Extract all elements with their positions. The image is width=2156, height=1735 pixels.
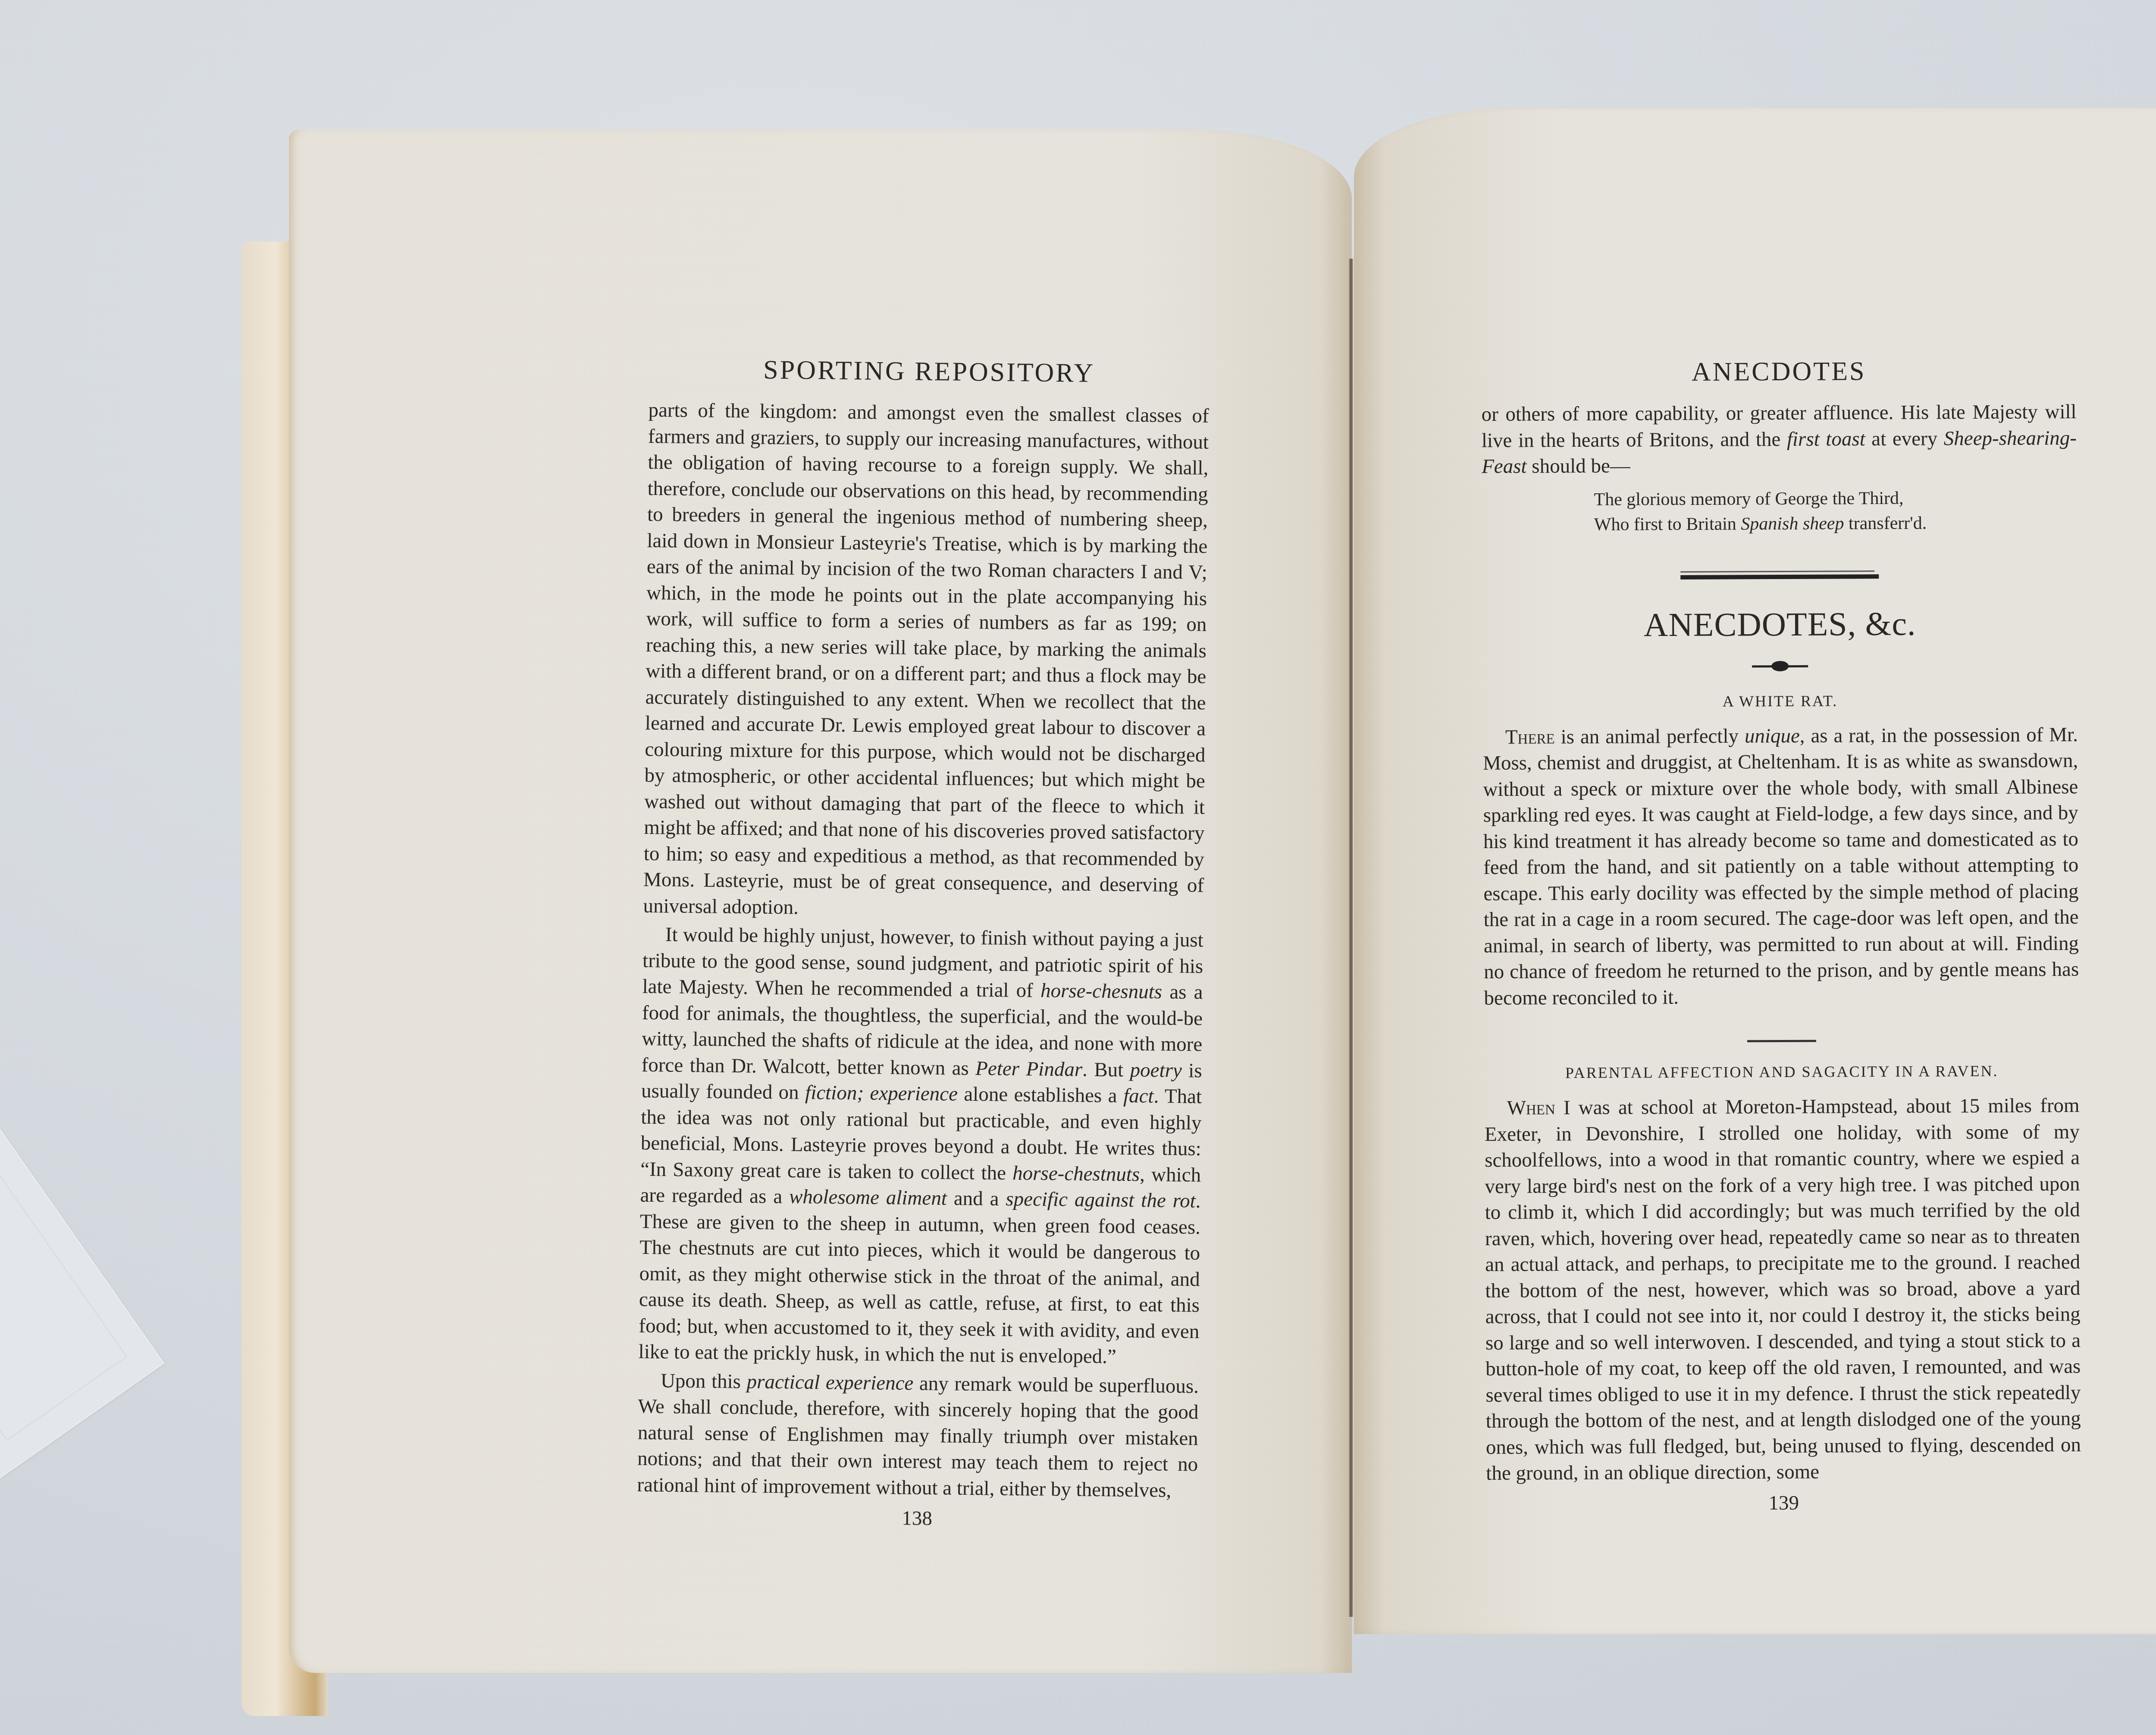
italic-run: Peter Pindar: [975, 1057, 1082, 1081]
lead-word: There: [1505, 726, 1555, 748]
right-page-text: ANECDOTES or others of more capability, …: [1481, 355, 2081, 1516]
paragraph: It would be highly unjust, however, to f…: [638, 921, 1203, 1371]
text-run: is an animal perfectly: [1555, 725, 1745, 748]
text-run: alone establishes a: [958, 1083, 1124, 1107]
article-separator-rule: [1747, 1040, 1816, 1043]
italic-run: Spanish sheep: [1741, 514, 1844, 534]
ornament-lozenge: [1771, 661, 1789, 671]
text-run: Who first to Britain: [1594, 514, 1741, 534]
lead-word: When: [1507, 1096, 1555, 1119]
book-gutter: [1349, 259, 1353, 1617]
paragraph: There is an animal perfectly unique, as …: [1483, 721, 2079, 1011]
article-title-white-rat: A WHITE RAT.: [1482, 690, 2078, 711]
italic-run: poetry: [1130, 1059, 1182, 1081]
paragraph: When I was at school at Moreton-Hampstea…: [1484, 1093, 2081, 1487]
text-run: I was at school at Moreton-Hampstead, ab…: [1485, 1094, 2081, 1484]
italic-run: horse-chestnuts: [1012, 1162, 1140, 1185]
thick-rule: [1680, 574, 1879, 579]
italic-run: wholesome aliment: [789, 1186, 947, 1210]
running-head-left: SPORTING REPOSITORY: [649, 354, 1210, 390]
verse-couplet: The glorious memory of George the Third,…: [1594, 485, 2077, 537]
italic-run: practical experience: [746, 1370, 913, 1394]
italic-run: specific against the rot: [1006, 1188, 1196, 1212]
italic-run: horse-chesnuts: [1040, 980, 1162, 1003]
text-run: . But: [1082, 1058, 1130, 1081]
text-run: . These are given to the sheep in autumn…: [638, 1190, 1200, 1368]
article-body-raven: When I was at school at Moreton-Hampstea…: [1484, 1093, 2081, 1487]
text-run: parts of the kingdom: and amongst even t…: [643, 399, 1209, 918]
running-head-right: ANECDOTES: [1481, 355, 2076, 388]
left-page-text: SPORTING REPOSITORY parts of the kingdom…: [636, 354, 1209, 1533]
paragraph: Upon this practical experience any remar…: [637, 1367, 1199, 1503]
left-body: parts of the kingdom: and amongst even t…: [637, 397, 1209, 1503]
article-title-raven: PARENTAL AFFECTION AND SAGACITY IN A RAV…: [1484, 1062, 2079, 1082]
section-title: ANECDOTES, &c.: [1482, 603, 2078, 645]
text-run: transferr'd.: [1844, 513, 1927, 533]
italic-run: fact: [1123, 1085, 1154, 1108]
text-run: at every: [1865, 427, 1944, 450]
italic-run: unique: [1745, 724, 1800, 747]
text-run: , as a rat, in the possession of Mr. Mos…: [1483, 723, 2079, 1009]
thin-rule: [1680, 570, 1874, 573]
text-run: and a: [947, 1187, 1006, 1210]
text-run: Upon this: [661, 1369, 747, 1393]
text-run: should be—: [1526, 454, 1630, 477]
section-divider-rule: [1680, 570, 1879, 579]
paragraph: parts of the kingdom: and amongst even t…: [643, 397, 1209, 925]
verse-line-1: The glorious memory of George the Third,: [1594, 485, 2077, 512]
ornament-dash-icon: [1752, 661, 1808, 671]
verse-line-2: Who first to Britain Spanish sheep trans…: [1594, 510, 2077, 537]
article-body-white-rat: There is an animal perfectly unique, as …: [1483, 721, 2079, 1011]
right-body-opening: or others of more capability, or greater…: [1481, 399, 2077, 480]
italic-run: fiction; experience: [805, 1081, 958, 1106]
paragraph: or others of more capability, or greater…: [1481, 399, 2077, 480]
page-number-right: 139: [1486, 1490, 2081, 1516]
italic-run: first toast: [1787, 428, 1865, 451]
